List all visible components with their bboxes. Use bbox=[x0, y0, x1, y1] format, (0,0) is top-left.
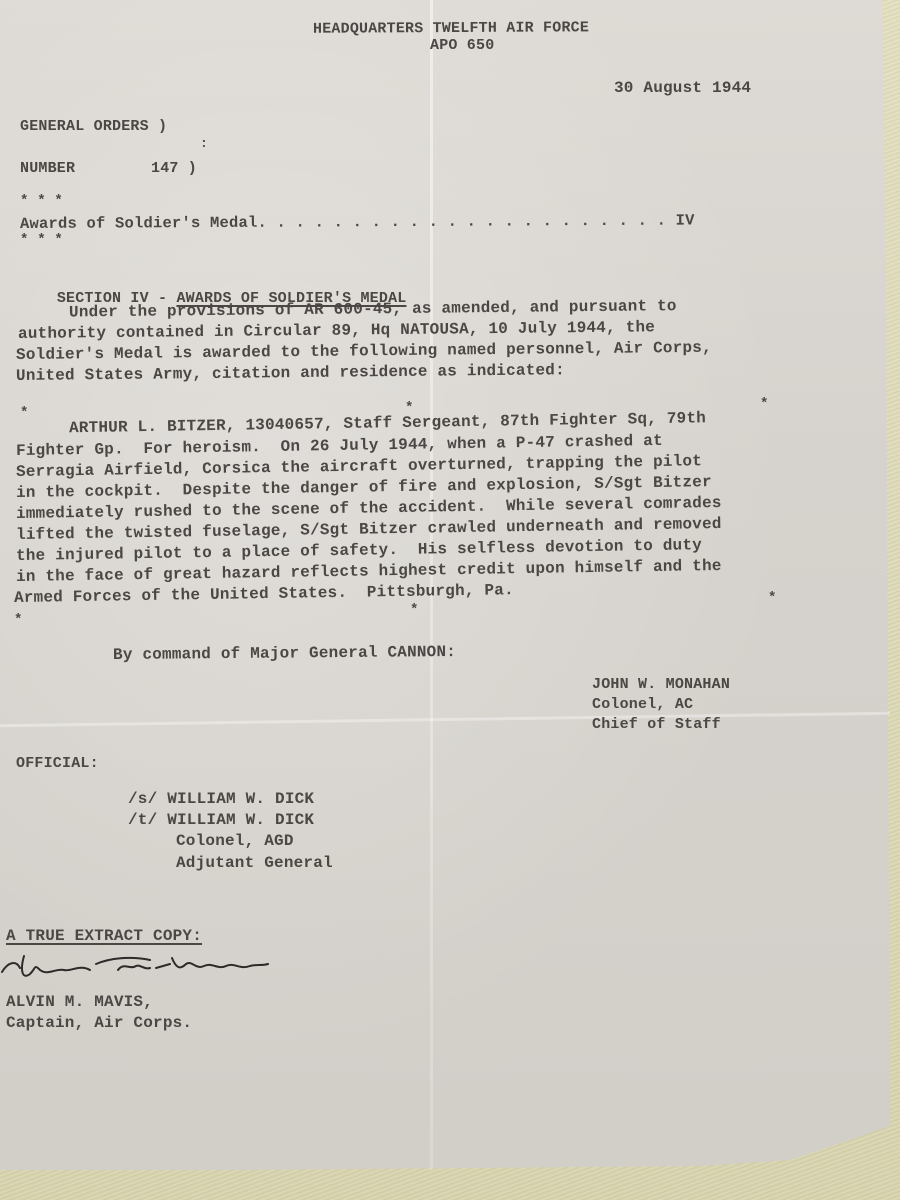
chief-of-staff-title: Chief of Staff bbox=[592, 716, 721, 733]
by-command-line: By command of Major General CANNON: bbox=[113, 643, 456, 664]
citation-line: Armed Forces of the United States. Pitts… bbox=[14, 581, 514, 607]
handwritten-signature bbox=[0, 950, 280, 990]
intro-line: Soldier's Medal is awarded to the follow… bbox=[16, 339, 712, 364]
header-apo: APO 650 bbox=[430, 37, 494, 54]
separator-asterisk: * bbox=[14, 612, 23, 628]
separator-asterisk: * bbox=[20, 405, 29, 421]
asterisk-separator: * * * bbox=[20, 232, 63, 248]
true-extract-label: A TRUE EXTRACT COPY: bbox=[6, 927, 202, 945]
extract-signer-name: ALVIN M. MAVIS, bbox=[6, 993, 153, 1011]
intro-line: United States Army, citation and residen… bbox=[16, 361, 565, 385]
orders-colon: : bbox=[200, 136, 208, 151]
general-orders-label: GENERAL ORDERS ) bbox=[20, 118, 167, 135]
asterisk-separator: * * * bbox=[20, 193, 63, 209]
header-title: HEADQUARTERS TWELFTH AIR FORCE bbox=[313, 19, 589, 37]
toc-entry: Awards of Soldier's Medal. . . . . . . .… bbox=[20, 211, 695, 233]
adjutant-title: Adjutant General bbox=[176, 854, 333, 872]
separator-asterisk: * bbox=[768, 590, 777, 606]
separator-asterisk: * bbox=[760, 396, 769, 412]
official-label: OFFICIAL: bbox=[16, 755, 99, 772]
official-typed-line: /t/ WILLIAM W. DICK bbox=[128, 811, 314, 829]
separator-asterisk: * bbox=[410, 602, 419, 618]
official-signed-line: /s/ WILLIAM W. DICK bbox=[128, 790, 314, 808]
extract-signer-rank: Captain, Air Corps. bbox=[6, 1014, 192, 1032]
number-label: NUMBER bbox=[20, 160, 75, 177]
general-orders-document: HEADQUARTERS TWELFTH AIR FORCE APO 650 3… bbox=[0, 0, 900, 1200]
adjutant-rank: Colonel, AGD bbox=[176, 832, 294, 850]
chief-of-staff-name: JOHN W. MONAHAN bbox=[592, 676, 730, 693]
chief-of-staff-rank: Colonel, AC bbox=[592, 696, 693, 713]
order-number: 147 ) bbox=[151, 160, 197, 177]
document-date: 30 August 1944 bbox=[614, 79, 751, 97]
